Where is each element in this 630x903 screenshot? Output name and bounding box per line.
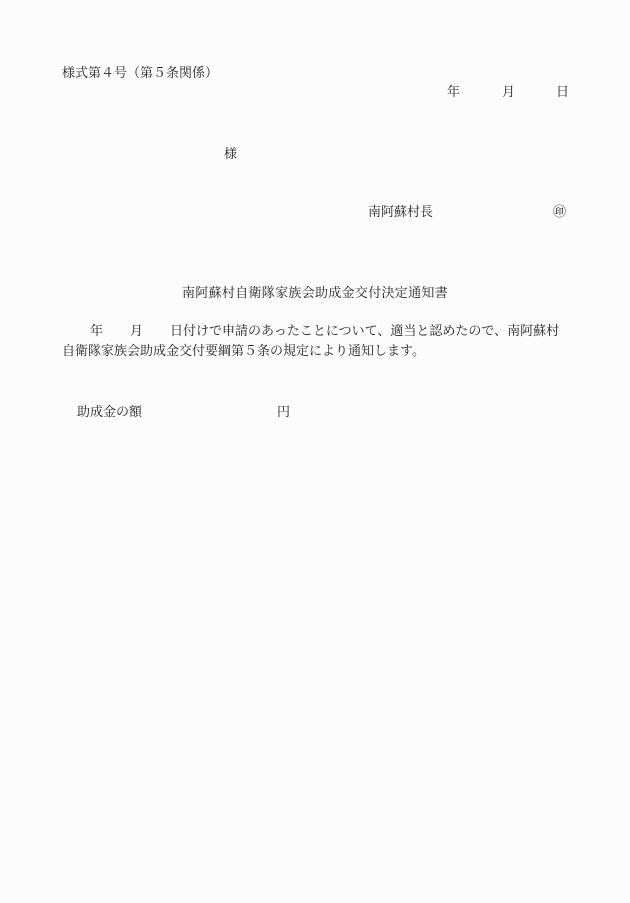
- body-paragraph-line-1: 年月日付けで申請のあったことについて、適当と認めたので、南阿蘇村: [62, 324, 559, 340]
- body-month-label: 月: [130, 324, 143, 339]
- amount-label: 助成金の額: [77, 405, 142, 421]
- body-year-label: 年: [90, 324, 103, 339]
- seal-icon: ㊞: [553, 205, 566, 221]
- date-month-label: 月: [502, 85, 515, 101]
- body-line-1-text: 日付けで申請のあったことについて、適当と認めたので、南阿蘇村: [170, 324, 559, 339]
- addressee-honorific: 様: [224, 147, 237, 163]
- body-paragraph-line-2: 自衛隊家族会助成金交付要綱第５条の規定により通知します。: [62, 344, 425, 360]
- date-day-label: 日: [556, 85, 569, 101]
- document-title: 南阿蘇村自衛隊家族会助成金交付決定通知書: [182, 286, 448, 302]
- date-year-label: 年: [447, 85, 460, 101]
- form-number: 様式第４号（第５条関係）: [62, 66, 218, 82]
- amount-unit: 円: [277, 405, 290, 421]
- issuer-title: 南阿蘇村長: [368, 205, 433, 221]
